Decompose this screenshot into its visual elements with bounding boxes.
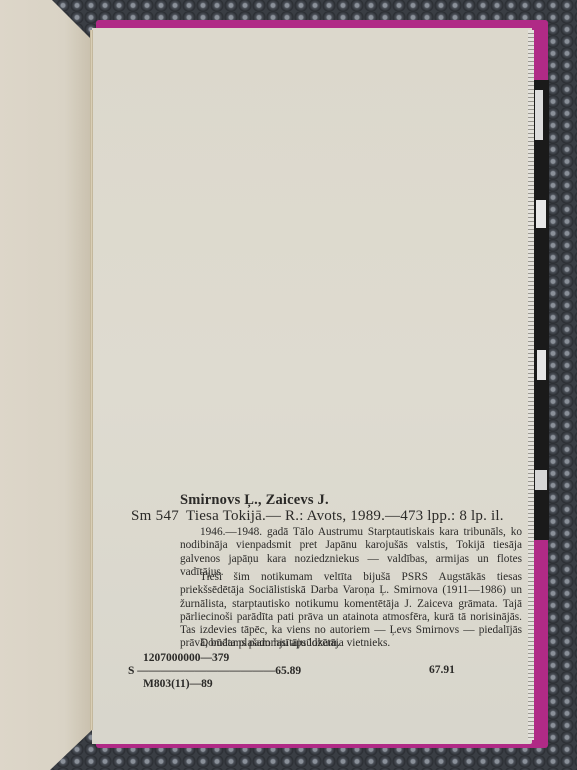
shelf-mark: Sm 547 [131, 508, 179, 525]
title-imprint-line: Tiesa Tokijā.— R.: Avots, 1989.—473 lpp.… [186, 508, 504, 525]
catalog-code-denominator: M803(11)—89 [143, 678, 213, 690]
authors-heading: Smirnovs Ļ., Zaicevs J. [180, 492, 329, 509]
left-page [0, 0, 92, 770]
page-edge [528, 30, 534, 740]
catalog-code-numerator: 1207000000—379 [143, 652, 229, 664]
catalog-code-fraction: S ————————————65.89 [128, 665, 301, 677]
cover-spine-pattern [533, 80, 549, 540]
book-gutter [90, 30, 93, 730]
audience-note: Domāta plašam lasītāju lokam. [180, 637, 522, 650]
classification-code: 67.91 [429, 664, 455, 676]
